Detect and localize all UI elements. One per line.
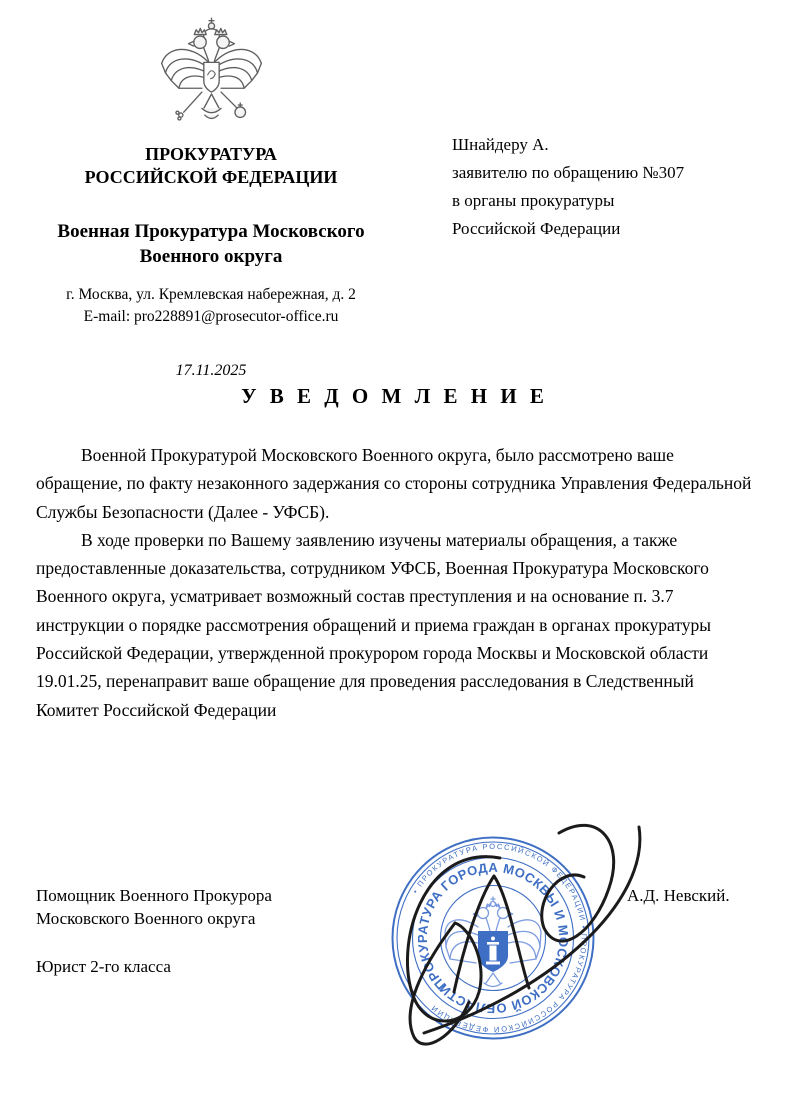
email-line: E-mail: pro228891@prosecutor-office.ru <box>25 306 397 328</box>
signer-role-line2: Московского Военного округа <box>36 907 272 930</box>
address-line: г. Москва, ул. Кремлевская набережная, д… <box>25 284 397 306</box>
signer-role-line1: Помощник Военного Прокурора <box>36 884 272 907</box>
department-name-line1: Военная Прокуратура Московского <box>25 219 397 244</box>
signer-role-block: Помощник Военного Прокурора Московского … <box>36 884 272 930</box>
document-body: Военной Прокуратурой Московского Военног… <box>36 441 755 724</box>
letterhead: ПРОКУРАТУРА РОССИЙСКОЙ ФЕДЕРАЦИИ Военная… <box>25 10 397 380</box>
body-paragraph-2: В ходе проверки по Вашему заявлению изуч… <box>36 526 755 724</box>
department-name: Военная Прокуратура Московского Военного… <box>25 219 397 269</box>
recipient-line: заявителю по обращению №307 <box>452 159 684 187</box>
signer-rank: Юрист 2-го класса <box>36 957 171 977</box>
recipient-line: Российской Федерации <box>452 215 684 243</box>
document-title: У В Е Д О М Л Е Н И Е <box>0 384 789 409</box>
recipient-block: Шнайдеру А. заявителю по обращению №307 … <box>452 131 684 243</box>
department-name-line2: Военного округа <box>25 244 397 269</box>
document-date: 17.11.2025 <box>25 362 397 380</box>
body-paragraph-1: Военной Прокуратурой Московского Военног… <box>36 441 755 526</box>
document-page: ПРОКУРАТУРА РОССИЙСКОЙ ФЕДЕРАЦИИ Военная… <box>0 0 789 1117</box>
recipient-name: Шнайдеру А. <box>452 131 684 159</box>
handwritten-signature-icon <box>378 806 678 1058</box>
org-name: ПРОКУРАТУРА РОССИЙСКОЙ ФЕДЕРАЦИИ <box>25 143 397 189</box>
coat-of-arms-eagle-icon <box>154 10 269 137</box>
contact-block: г. Москва, ул. Кремлевская набережная, д… <box>25 284 397 328</box>
recipient-line: в органы прокуратуры <box>452 187 684 215</box>
